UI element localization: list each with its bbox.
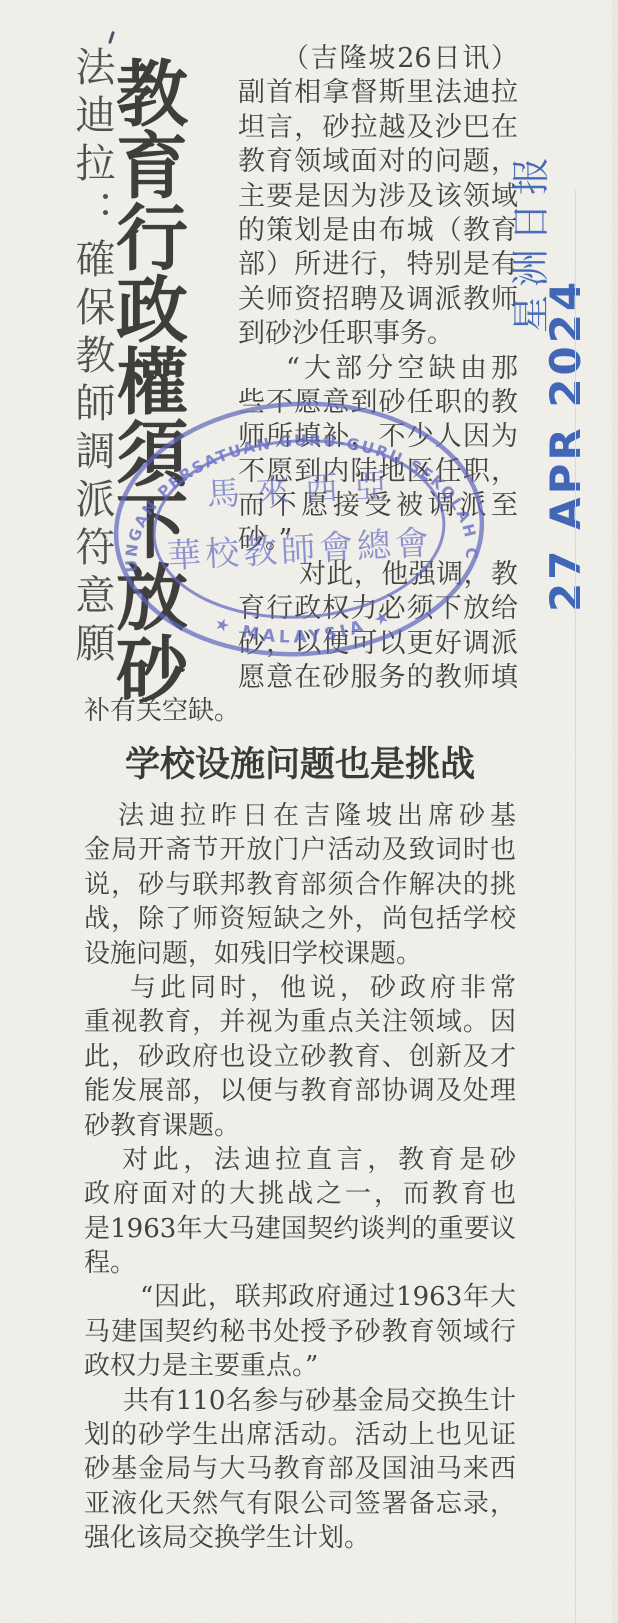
section-subheading: 学校设施问题也是挑战 bbox=[84, 740, 516, 790]
body-text-line: 对此，法迪拉直言，教育是砂 bbox=[84, 1143, 516, 1177]
body-text-line: 关师资招聘及调派教师 bbox=[238, 283, 518, 317]
body-text-line: 政府面对的大挑战之一，而教育也 bbox=[84, 1177, 516, 1211]
body-text-line: 说，砂与联邦教育部须合作解决的挑 bbox=[84, 868, 516, 902]
body-text-line: 政权力是主要重点。” bbox=[84, 1349, 516, 1383]
body-text-line: 共有110名参与砂基金局交换生计 bbox=[84, 1384, 516, 1418]
body-text-line: 的策划是由布城（教育 bbox=[238, 214, 518, 248]
body-text-line: 能发展部，以便与教育部协调及处理 bbox=[84, 1074, 516, 1108]
ink-tick-mark bbox=[108, 31, 115, 44]
body-text-line: 愿意在砂服务的教师填 bbox=[238, 661, 518, 695]
body-text-line: 与此同时，他说，砂政府非常 bbox=[84, 971, 516, 1005]
body-text-line: 金局开斋节开放门户活动及致词时也 bbox=[84, 833, 516, 867]
body-text-line: 重视教育，并视为重点关注领域。因 bbox=[84, 1005, 516, 1039]
body-text-line: 程。 bbox=[84, 1246, 516, 1280]
body-text-line: 砂教育课题。 bbox=[84, 1109, 516, 1143]
newspaper-clipping-scan: 法迪拉：確保教師調派符意願 教育行政權須下放砂 （吉隆坡26日讯）副首相拿督斯里… bbox=[0, 0, 618, 1623]
body-column-full: 法迪拉昨日在吉隆坡出席砂基金局开斋节开放门户活动及致词时也说，砂与联邦教育部须合… bbox=[84, 799, 516, 1556]
body-text-line: 部）所进行，特别是有 bbox=[238, 248, 518, 282]
body-text-line: 补有关空缺。 bbox=[84, 694, 516, 728]
body-text-line: 设施问题，如残旧学校课题。 bbox=[84, 937, 516, 971]
body-text-line: 亚液化天然气有限公司签署备忘录， bbox=[84, 1487, 516, 1521]
body-text-line: 划的砂学生出席活动。活动上也见证 bbox=[84, 1418, 516, 1452]
body-text-line: “大部分空缺由那 bbox=[238, 352, 518, 386]
body-text-line: 战，除了师资短缺之外，尚包括学校 bbox=[84, 902, 516, 936]
newspaper-name-handwriting: 星洲日报 bbox=[504, 145, 558, 333]
paper-crease-line bbox=[575, 190, 576, 1623]
body-text-line: 此，砂政府也设立砂教育、创新及才 bbox=[84, 1040, 516, 1074]
stamp-chinese-line2: 華校教師會總會 bbox=[166, 523, 434, 577]
body-text-line: 坦言，砂拉越及沙巴在 bbox=[238, 111, 518, 145]
body-text-line: 法迪拉昨日在吉隆坡出席砂基 bbox=[84, 799, 516, 833]
body-text-line: 马建国契约秘书处授予砂教育领域行 bbox=[84, 1315, 516, 1349]
body-text-line: “因此，联邦政府通过1963年大 bbox=[84, 1280, 516, 1314]
body-text-line: 到砂沙任职事务。 bbox=[238, 317, 518, 351]
body-text-line: 砂基金局与大马教育部及国油马来西 bbox=[84, 1452, 516, 1486]
body-carryover: 补有关空缺。 bbox=[84, 694, 516, 728]
body-text-line: （吉隆坡26日讯） bbox=[238, 42, 518, 76]
scan-edge-shade bbox=[612, 0, 618, 1623]
stamp-chinese-line1: 馬來西亞 bbox=[206, 465, 404, 514]
body-text-line: 强化该局交换学生计划。 bbox=[84, 1521, 516, 1555]
body-text-line: 是1963年大马建国契约谈判的重要议 bbox=[84, 1212, 516, 1246]
association-ink-stamp: GABUNGAN PERSATUAN GURU-GURU SEKOLAH CIN… bbox=[96, 383, 502, 675]
date-received-stamp: 27 APR 2024 bbox=[533, 332, 599, 612]
body-text-line: 主要是因为涉及该领域 bbox=[238, 180, 518, 214]
body-text-line: 副首相拿督斯里法迪拉 bbox=[238, 76, 518, 110]
body-text-line: 教育领域面对的问题， bbox=[238, 145, 518, 179]
